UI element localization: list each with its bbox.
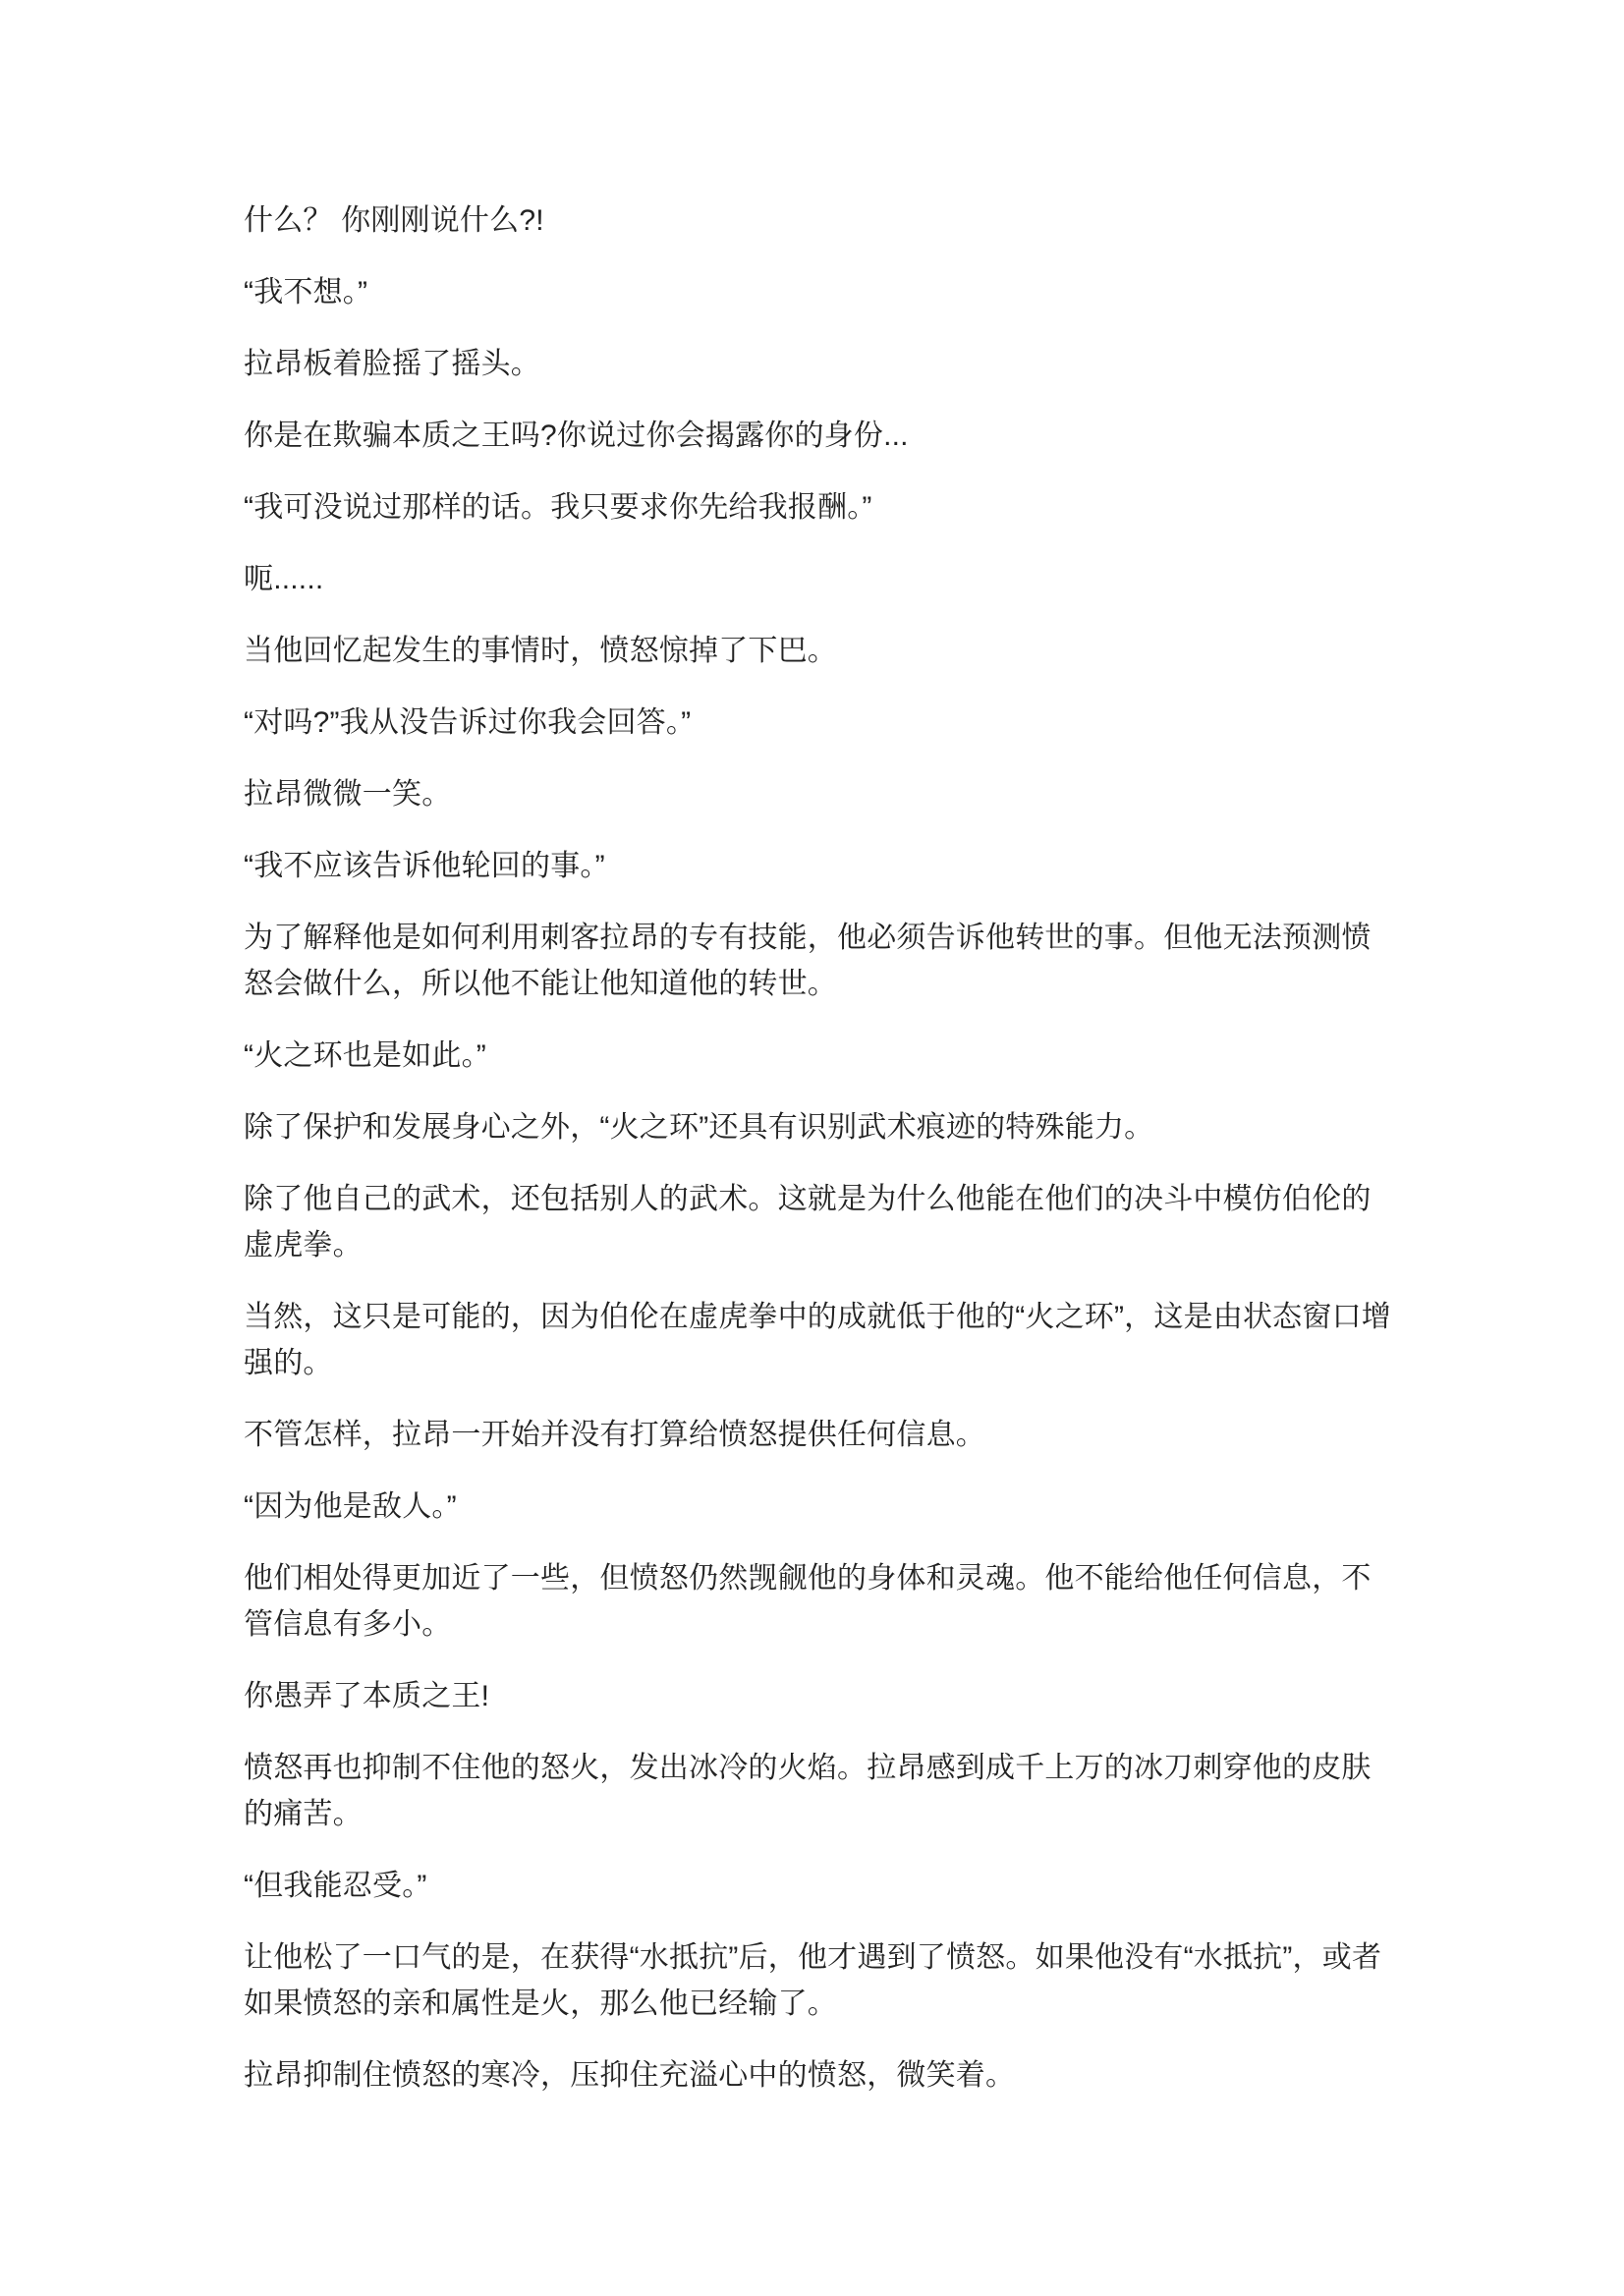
paragraph: 你愚弄了本质之王! xyxy=(244,1673,1395,1719)
paragraph: 拉昂微微一笑。 xyxy=(244,771,1395,817)
paragraph: 呃...... xyxy=(244,556,1395,602)
paragraph: “但我能忍受。” xyxy=(244,1863,1395,1909)
paragraph: 除了他自己的武术，还包括别人的武术。这就是为什么他能在他们的决斗中模仿伯伦的虚虎… xyxy=(244,1176,1395,1268)
paragraph: 你是在欺骗本质之王吗?你说过你会揭露你的身份... xyxy=(244,413,1395,459)
paragraph: 当他回忆起发生的事情时，愤怒惊掉了下巴。 xyxy=(244,628,1395,674)
paragraph: 为了解释他是如何利用刺客拉昂的专有技能，他必须告诉他转世的事。但他无法预测愤怒会… xyxy=(244,915,1395,1007)
paragraph: 让他松了一口气的是，在获得“水抵抗”后，他才遇到了愤怒。如果他没有“水抵抗”，或… xyxy=(244,1934,1395,2027)
paragraph: 什么？ 你刚刚说什么?! xyxy=(244,197,1395,244)
paragraph: 他们相处得更加近了一些，但愤怒仍然觊觎他的身体和灵魂。他不能给他任何信息，不管信… xyxy=(244,1555,1395,1648)
paragraph: 不管怎样，拉昂一开始并没有打算给愤怒提供任何信息。 xyxy=(244,1412,1395,1458)
paragraph: “因为他是敌人。” xyxy=(244,1484,1395,1530)
paragraph: 拉昂板着脸摇了摇头。 xyxy=(244,341,1395,387)
paragraph: “火之环也是如此。” xyxy=(244,1033,1395,1079)
paragraph: 愤怒再也抑制不住他的怒火，发出冰冷的火焰。拉昂感到成千上万的冰刀刺穿他的皮肤的痛… xyxy=(244,1745,1395,1837)
paragraph: 拉昂抑制住愤怒的寒冷，压抑住充溢心中的愤怒，微笑着。 xyxy=(244,2052,1395,2099)
paragraph: 除了保护和发展身心之外，“火之环”还具有识别武术痕迹的特殊能力。 xyxy=(244,1104,1395,1150)
paragraph: “我可没说过那样的话。我只要求你先给我报酬。” xyxy=(244,484,1395,531)
paragraph: “我不应该告诉他轮回的事。” xyxy=(244,843,1395,889)
paragraph: “对吗?”我从没告诉过你我会回答。” xyxy=(244,700,1395,746)
reader-page: 什么？ 你刚刚说什么?! “我不想。” 拉昂板着脸摇了摇头。 你是在欺骗本质之王… xyxy=(0,0,1624,2296)
paragraph: 当然，这只是可能的，因为伯伦在虚虎拳中的成就低于他的“火之环”，这是由状态窗口增… xyxy=(244,1294,1395,1386)
paragraph: “我不想。” xyxy=(244,269,1395,315)
chapter-text: 什么？ 你刚刚说什么?! “我不想。” 拉昂板着脸摇了摇头。 你是在欺骗本质之王… xyxy=(244,197,1395,2124)
